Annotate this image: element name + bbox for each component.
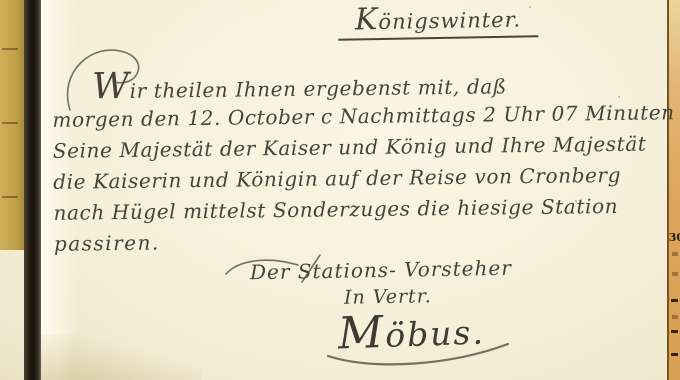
document-title-heading: Königswinter. xyxy=(338,0,539,41)
next-page-print-mark xyxy=(671,353,678,356)
next-page-print-mark xyxy=(671,330,678,333)
next-page-print-mark xyxy=(672,252,678,256)
book-page-edges-yellow xyxy=(0,0,26,250)
scanned-document-page: 30 Königswinter. Wir theilen Ihnen ergeb… xyxy=(0,0,680,380)
next-page-print-mark xyxy=(672,315,678,319)
letter-body: Wir theilen Ihnen ergebenst mit, daß mor… xyxy=(52,66,679,260)
bottom-left-page-shade xyxy=(41,334,201,380)
paper-speck xyxy=(529,6,531,8)
handwritten-line: passiren. xyxy=(54,221,679,260)
binding-gutter-shadow xyxy=(24,0,41,380)
page-edge-mark xyxy=(2,122,18,124)
page-edge-mark xyxy=(2,196,18,198)
signature: Möbus. xyxy=(337,303,485,359)
paper-speck xyxy=(575,200,577,202)
paper-speck xyxy=(618,96,620,98)
next-page-print-mark xyxy=(671,299,678,302)
next-page-print-mark xyxy=(672,272,678,276)
closing-role-line: Der Stations- Vorsteher xyxy=(250,256,512,285)
page-edge-mark xyxy=(2,48,18,50)
